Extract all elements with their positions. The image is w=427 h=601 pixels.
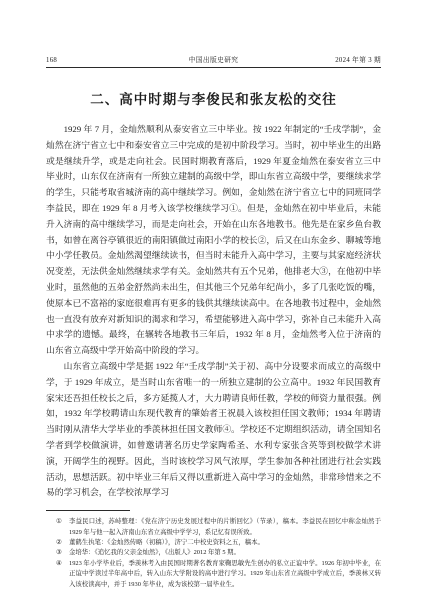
footnote-item: ④ 1923 年小学毕业后，季羡林考入由民国时期著名教育家鞠思敏先生创办的私立正… xyxy=(56,559,381,590)
footnote-item: ③ 金培华：《追忆我的父亲金灿然》，《出版人》2012 年第 5 期。 xyxy=(56,548,381,558)
section-title: 二、高中时期与李俊民和张友松的交往 xyxy=(46,88,381,108)
journal-title: 中国出版史研究 xyxy=(116,54,311,64)
footnote-text: 1923 年小学毕业后，季羡林考入由民国时期著名教育家鞠思敏先生创办的私立正谊中… xyxy=(69,559,381,590)
footnote-text: 李益民口述，苏峙整理：《党在济宁历史发展过程中的片断回忆》（节录），稿本。李益民… xyxy=(69,517,381,538)
footnote-list: ① 李益民口述，苏峙整理：《党在济宁历史发展过程中的片断回忆》（节录），稿本。李… xyxy=(46,517,381,590)
footnote-block: ① 李益民口述，苏峙整理：《党在济宁历史发展过程中的片断回忆》（节录），稿本。李… xyxy=(46,510,381,590)
footnote-item: ① 李益民口述，苏峙整理：《党在济宁历史发展过程中的片断回忆》（节录），稿本。李… xyxy=(56,517,381,538)
running-header: 168 中国出版史研究 2024 年第 3 期 xyxy=(46,54,381,68)
footnote-marker: ① xyxy=(56,517,69,538)
journal-page: 168 中国出版史研究 2024 年第 3 期 二、高中时期与李俊民和张友松的交… xyxy=(0,0,427,601)
article-body: 1929 年 7 月，金灿然顺利从泰安省立三中毕业。按 1922 年制定的“壬戌… xyxy=(46,122,381,501)
footnote-text: 金培华：《追忆我的父亲金灿然》，《出版人》2012 年第 5 期。 xyxy=(69,548,381,558)
footnote-marker: ④ xyxy=(56,559,69,590)
page-content: 168 中国出版史研究 2024 年第 3 期 二、高中时期与李俊民和张友松的交… xyxy=(46,54,381,590)
footnote-item: ② 董鹤生执笔：《金灿然传略（初稿）》，济宁二中校史资料之五，稿本。 xyxy=(56,538,381,548)
footnote-marker: ③ xyxy=(56,548,69,558)
issue-label: 2024 年第 3 期 xyxy=(311,54,381,64)
footnote-separator xyxy=(46,510,130,511)
paragraph: 1929 年 7 月，金灿然顺利从泰安省立三中毕业。按 1922 年制定的“壬戌… xyxy=(46,122,381,359)
paragraph: 山东省立高级中学是据 1922 年“壬戌学制”关于初、高中分设要求而成立的高级中… xyxy=(46,359,381,501)
footnote-text: 董鹤生执笔：《金灿然传略（初稿）》，济宁二中校史资料之五，稿本。 xyxy=(69,538,381,548)
page-number: 168 xyxy=(46,57,116,64)
footnote-marker: ② xyxy=(56,538,69,548)
